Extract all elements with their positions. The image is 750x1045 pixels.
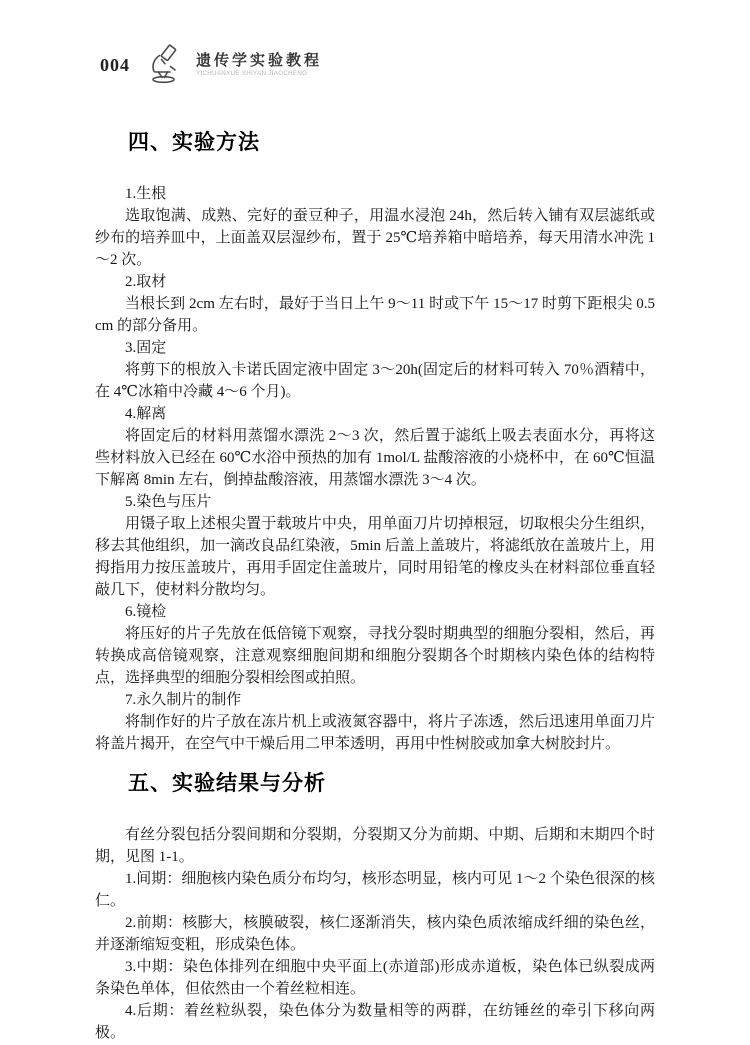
- document-page: 004: [0, 0, 750, 1045]
- paragraph: 2.前期：核膨大，核膜破裂，核仁逐渐消失，核内染色质浓缩成纤细的染色丝，并逐渐缩…: [95, 912, 655, 956]
- paragraph: 将固定后的材料用蒸馏水漂洗 2～3 次，然后置于滤纸上吸去表面水分，再将这些材料…: [95, 425, 655, 491]
- step-heading: 5.染色与压片: [95, 491, 655, 513]
- microscope-icon: [144, 44, 184, 86]
- paragraph: 当根长到 2cm 左右时，最好于当日上午 9～11 时或下午 15～17 时剪下…: [95, 293, 655, 337]
- paragraph: 1.间期：细胞核内染色质分布均匀，核形态明显，核内可见 1～2 个染色很深的核仁…: [95, 868, 655, 912]
- step-heading: 2.取材: [95, 271, 655, 293]
- section: 四、实验方法 1.生根选取饱满、成熟、完好的蚕豆种子，用温水浸泡 24h，然后转…: [95, 130, 655, 755]
- page-header: 004: [100, 44, 375, 86]
- book-title-pinyin: YICHUANXUE SHIYAN JIAOCHENG: [196, 70, 307, 77]
- paragraph: 将压好的片子先放在低倍镜下观察，寻找分裂时期典型的细胞分裂相，然后，再转换成高倍…: [95, 623, 655, 689]
- paragraph: 有丝分裂包括分裂间期和分裂期，分裂期又分为前期、中期、后期和末期四个时期，见图 …: [95, 824, 655, 868]
- step-heading: 4.解离: [95, 403, 655, 425]
- step-heading: 7.永久制片的制作: [95, 689, 655, 711]
- paragraph: 将剪下的根放入卡诺氏固定液中固定 3～20h(固定后的材料可转入 70％酒精中，…: [95, 359, 655, 403]
- step-heading: 1.生根: [95, 183, 655, 205]
- paragraph: 3.中期：染色体排列在细胞中央平面上(赤道部)形成赤道板，染色体已纵裂成两条染色…: [95, 956, 655, 1000]
- book-title-block: 遗传学实验教程 YICHUANXUE SHIYAN JIAOCHENG: [196, 49, 375, 81]
- section-heading: 五、实验结果与分析: [128, 771, 655, 797]
- paragraph: 用镊子取上述根尖置于载玻片中央，用单面刀片切掉根冠，切取根尖分生组织，移去其他组…: [95, 513, 655, 601]
- paragraph: 4.后期：着丝粒纵裂，染色体分为数量相等的两群，在纺锤丝的牵引下移向两极。: [95, 1000, 655, 1044]
- section-heading: 四、实验方法: [128, 130, 655, 156]
- paragraph: 将制作好的片子放在冻片机上或液氮容器中，将片子冻透，然后迅速用单面刀片将盖片揭开…: [95, 711, 655, 755]
- step-heading: 6.镜检: [95, 601, 655, 623]
- page-number: 004: [100, 55, 130, 76]
- book-title: 遗传学实验教程: [196, 49, 375, 70]
- step-heading: 3.固定: [95, 337, 655, 359]
- section: 五、实验结果与分析 有丝分裂包括分裂间期和分裂期，分裂期又分为前期、中期、后期和…: [95, 771, 655, 1044]
- paragraph: 选取饱满、成熟、完好的蚕豆种子，用温水浸泡 24h，然后转入铺有双层滤纸或纱布的…: [95, 205, 655, 271]
- page-content: 四、实验方法 1.生根选取饱满、成熟、完好的蚕豆种子，用温水浸泡 24h，然后转…: [95, 130, 655, 1044]
